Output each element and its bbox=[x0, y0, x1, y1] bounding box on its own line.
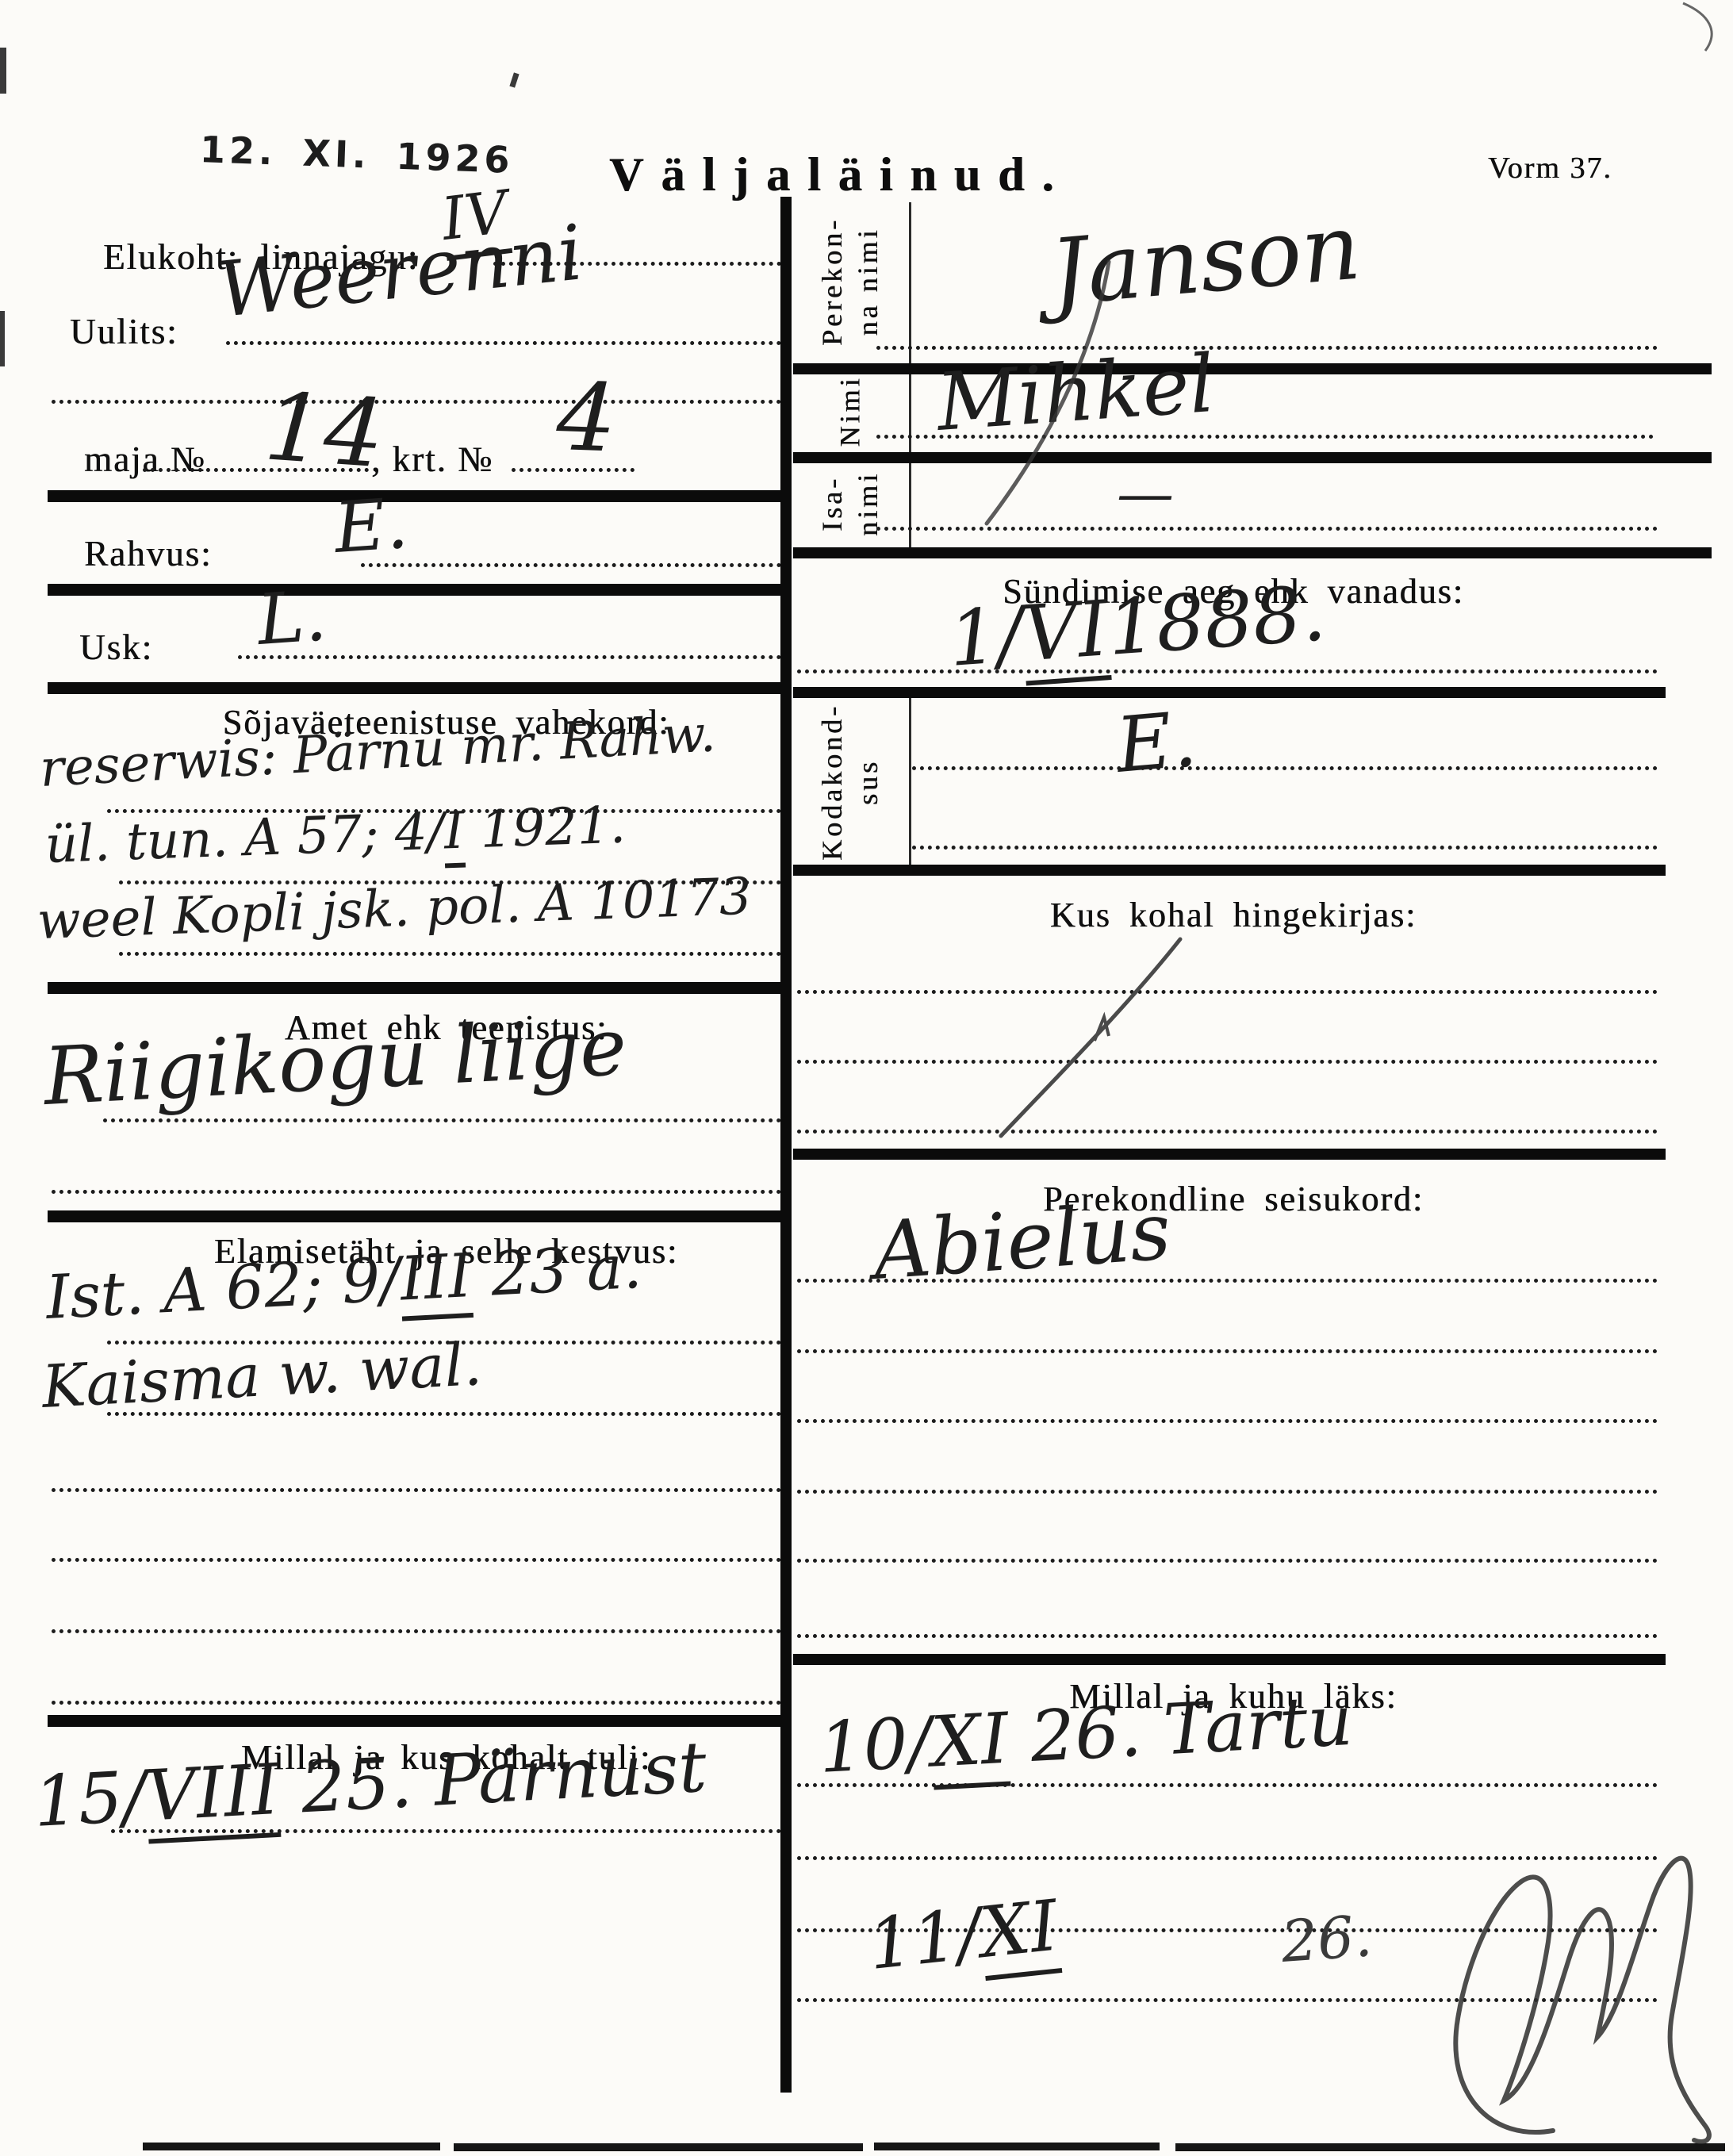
note-year: 26. bbox=[1279, 1907, 1374, 1970]
maja-label: maja № bbox=[84, 439, 206, 480]
dotted-line bbox=[52, 400, 781, 404]
kodakondsus-value: E. bbox=[1114, 701, 1200, 784]
dotted-line bbox=[797, 1490, 1658, 1494]
dotted-line bbox=[912, 766, 1658, 770]
dotted-line bbox=[226, 341, 781, 345]
bottom-rule bbox=[143, 2143, 440, 2150]
section-rule bbox=[793, 452, 1712, 463]
uulits-label: Uulits: bbox=[70, 311, 178, 352]
scan-artifact bbox=[509, 72, 519, 87]
dotted-line bbox=[52, 1701, 781, 1705]
registration-card: 12. XI. 1926 Väljaläinud. Vorm 37. Eluko… bbox=[0, 0, 1733, 2156]
dotted-line bbox=[797, 1634, 1658, 1638]
dotted-line bbox=[912, 846, 1658, 850]
rahvus-value: E. bbox=[332, 489, 410, 563]
uulits-value: Weerenni bbox=[214, 214, 586, 328]
dotted-line bbox=[797, 990, 1658, 994]
section-rule bbox=[48, 682, 781, 694]
dotted-line bbox=[52, 1190, 781, 1194]
section-rule bbox=[48, 490, 781, 502]
dotted-line bbox=[103, 1118, 781, 1122]
bottom-rule bbox=[874, 2143, 1160, 2150]
scan-artifact bbox=[0, 48, 6, 94]
perekonnanimi-value: Janson bbox=[1047, 201, 1364, 320]
section-rule bbox=[48, 1715, 781, 1727]
dotted-line bbox=[876, 346, 1658, 350]
kodakondsus-label: Kodakond-sus bbox=[792, 698, 909, 866]
bottom-rule bbox=[1175, 2143, 1725, 2151]
scan-artifact bbox=[0, 311, 5, 366]
usk-value: L. bbox=[255, 581, 328, 655]
dotted-line bbox=[797, 1130, 1658, 1134]
section-rule bbox=[793, 865, 1666, 876]
hingekirjas-slash bbox=[1001, 939, 1180, 1136]
hingekirjas-tick bbox=[1095, 1017, 1109, 1041]
krt-value: 4 bbox=[555, 370, 618, 466]
dotted-line bbox=[797, 1783, 1658, 1787]
nimi-label: Nimi bbox=[792, 371, 909, 451]
perekonnanimi-label: Perekon-na nimi bbox=[792, 202, 909, 361]
maja-value: 14 bbox=[262, 379, 387, 481]
section-rule bbox=[793, 547, 1712, 558]
label-divider bbox=[909, 698, 911, 866]
hingekirjas-heading: Kus kohal hingekirjas: bbox=[801, 895, 1666, 935]
dotted-line bbox=[797, 1856, 1658, 1860]
section-rule bbox=[793, 1654, 1666, 1665]
page-title: Väljaläinud. bbox=[609, 148, 1071, 202]
section-rule bbox=[793, 687, 1666, 698]
dotted-line bbox=[797, 1559, 1658, 1563]
note-date: 11/XI bbox=[865, 1890, 1061, 1980]
bottom-rule bbox=[454, 2143, 863, 2151]
section-rule bbox=[48, 1210, 781, 1222]
dotted-line bbox=[143, 468, 369, 472]
dotted-line bbox=[797, 1349, 1658, 1353]
dotted-line bbox=[797, 1998, 1658, 2002]
dotted-line bbox=[797, 1060, 1658, 1064]
section-rule bbox=[48, 982, 781, 994]
usk-label: Usk: bbox=[79, 627, 153, 668]
dotted-line bbox=[876, 435, 1654, 439]
sundimise-value: 1/VI1888. bbox=[946, 575, 1328, 677]
section-rule bbox=[48, 584, 781, 596]
dotted-line bbox=[52, 1558, 781, 1562]
seisukord-value: Abielus bbox=[871, 1191, 1173, 1291]
dotted-line bbox=[107, 1412, 781, 1416]
column-divider bbox=[780, 197, 792, 2093]
dotted-line bbox=[512, 468, 635, 472]
corner-artifact bbox=[1683, 3, 1712, 51]
dotted-line bbox=[797, 1419, 1658, 1423]
section-rule bbox=[793, 363, 1712, 374]
form-number: Vorm 37. bbox=[1488, 151, 1612, 186]
dotted-line bbox=[52, 1488, 781, 1492]
dotted-line bbox=[119, 952, 781, 956]
rahvus-label: Rahvus: bbox=[84, 533, 213, 574]
elamisetaht-line2: Kaisma w. wal. bbox=[40, 1335, 483, 1417]
krt-label: , krt. № bbox=[371, 439, 493, 480]
date-stamp: 12. XI. 1926 bbox=[199, 128, 514, 182]
isanimi-label: Isa-nimi bbox=[792, 462, 909, 546]
nimi-value: Mihkel bbox=[934, 344, 1217, 443]
label-divider bbox=[909, 202, 911, 547]
dotted-line bbox=[876, 527, 1658, 531]
dotted-line bbox=[111, 1829, 781, 1833]
isanimi-value: — bbox=[1117, 465, 1174, 522]
section-rule bbox=[793, 1149, 1666, 1160]
dotted-line bbox=[361, 563, 781, 567]
dotted-line bbox=[797, 669, 1658, 673]
dotted-line bbox=[797, 1279, 1658, 1283]
dotted-line bbox=[52, 1629, 781, 1633]
dotted-line bbox=[238, 655, 781, 659]
